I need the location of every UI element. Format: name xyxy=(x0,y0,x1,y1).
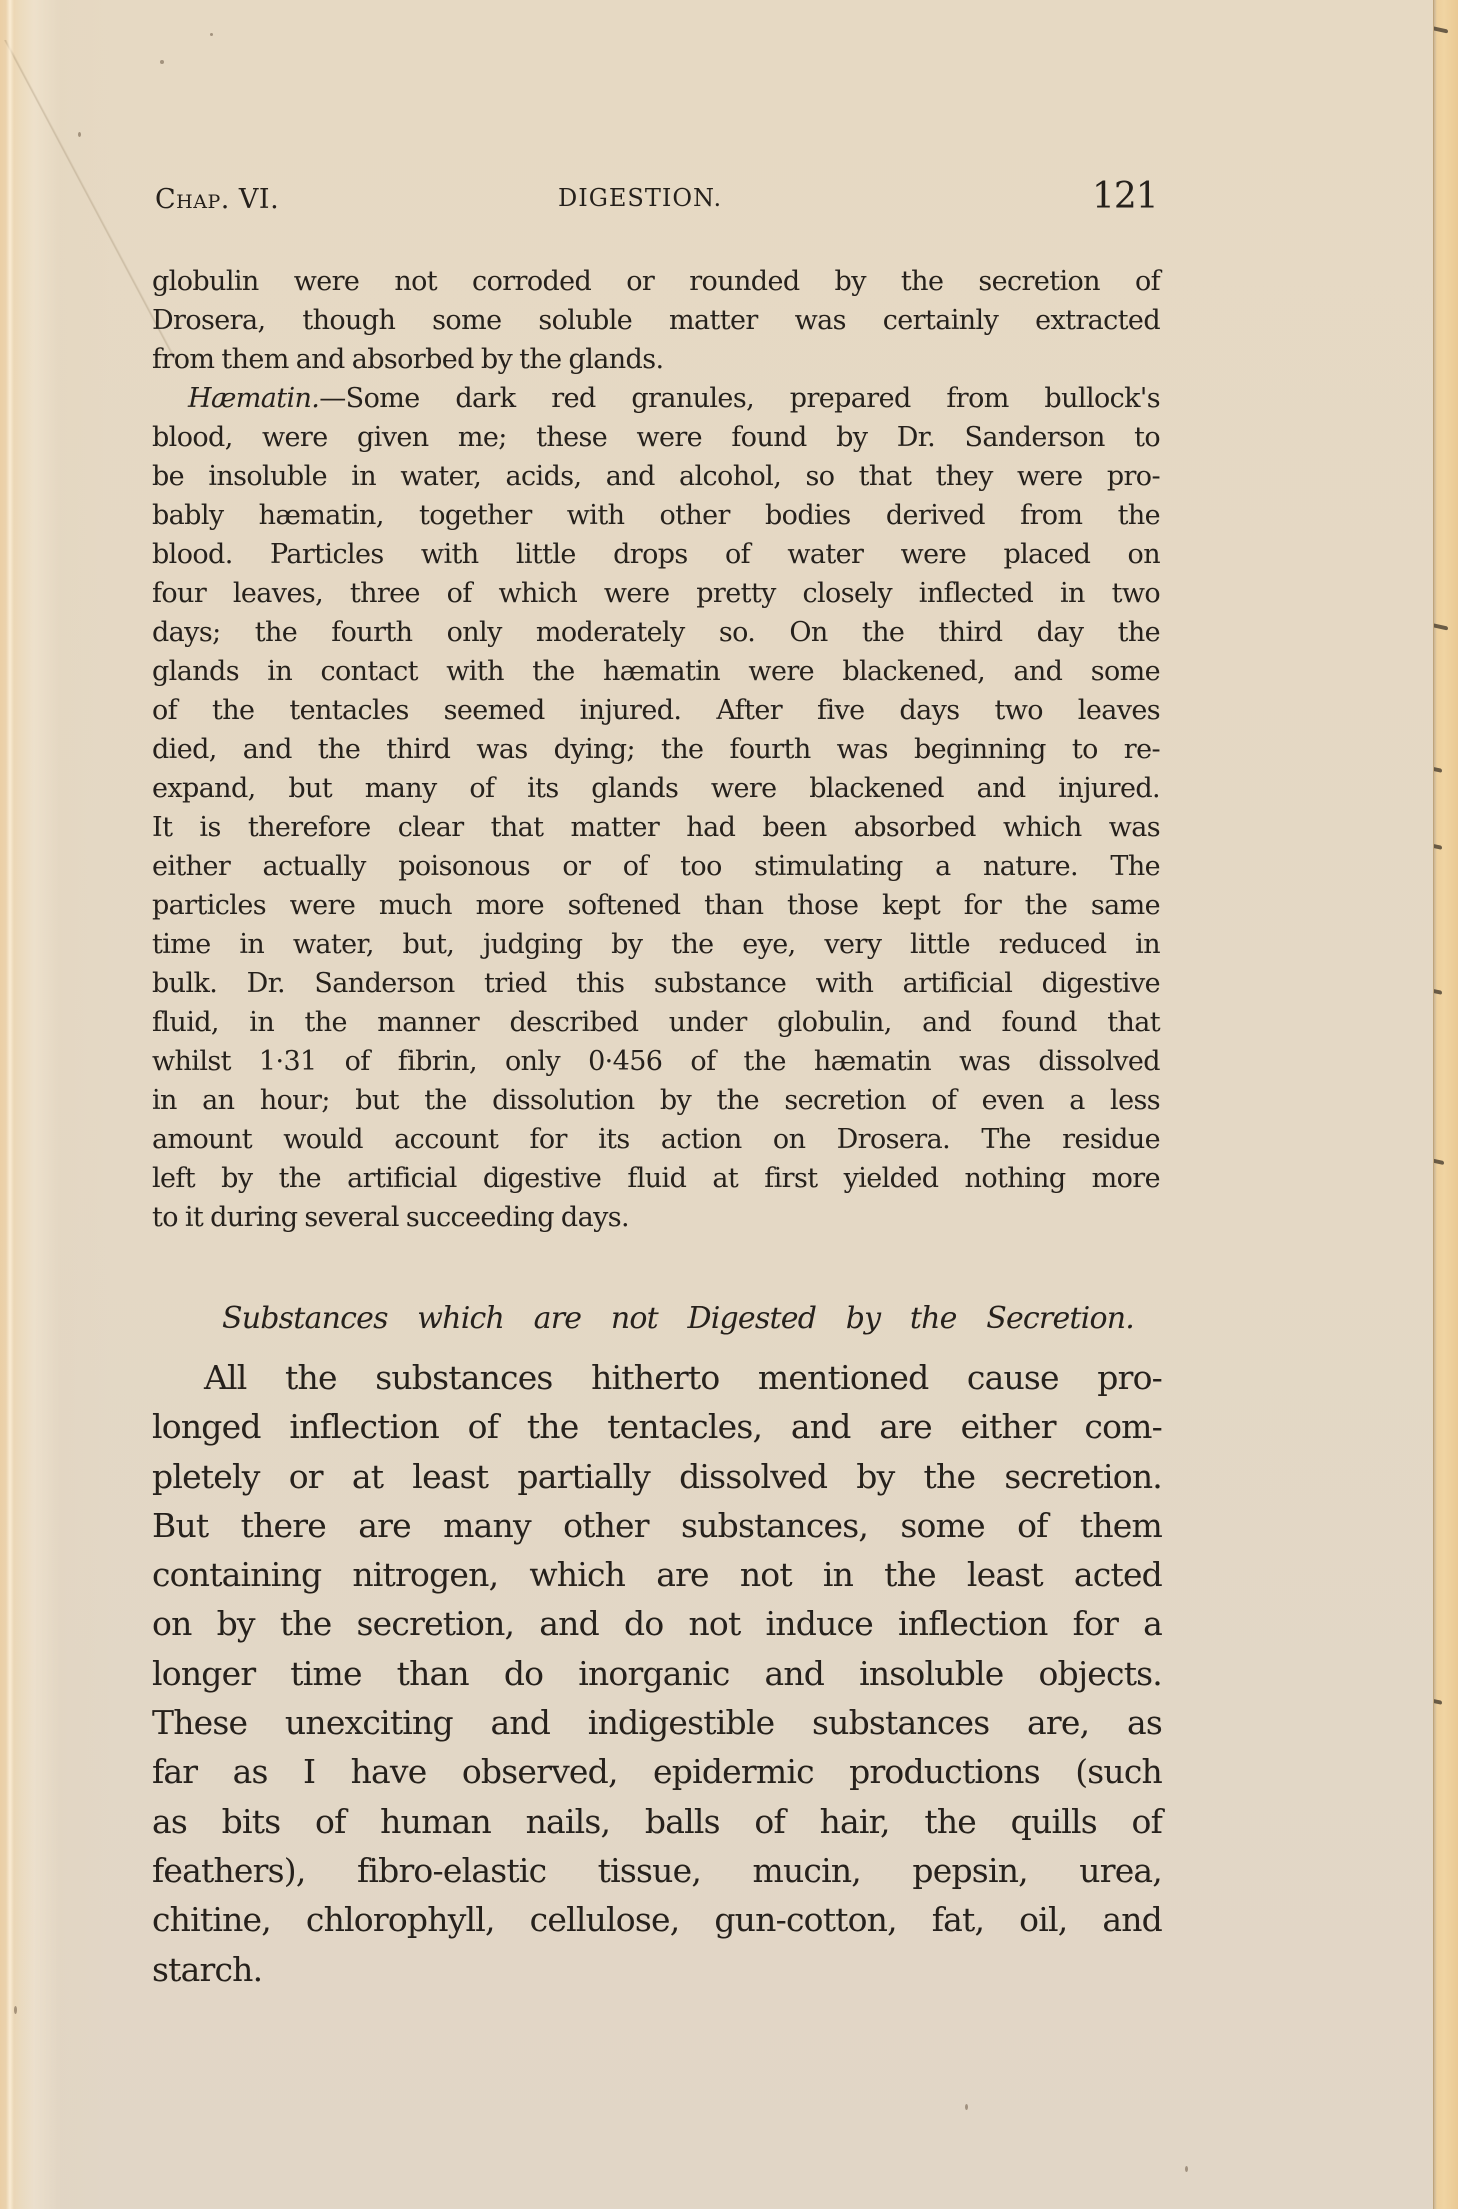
text-line: as bits of human nails, balls of hair, t… xyxy=(152,1797,1162,1846)
text-line: on by the secretion, and do not induce i… xyxy=(152,1599,1162,1648)
text-line: fluid, in the manner described under glo… xyxy=(152,1003,1160,1042)
text-line: either actually poisonous or of too stim… xyxy=(152,847,1160,886)
text-line: longer time than do inorganic and insolu… xyxy=(152,1649,1162,1698)
text-line: These unexciting and indigestible substa… xyxy=(152,1698,1162,1747)
text-line: chitine, chlorophyll, cellulose, gun-cot… xyxy=(152,1895,1162,1944)
text-line: globulin were not corroded or rounded by… xyxy=(152,262,1160,301)
text-line: left by the artificial digestive fluid a… xyxy=(152,1159,1160,1198)
text-line: from them and absorbed by the glands. xyxy=(152,340,1160,379)
text-line: expand, but many of its glands were blac… xyxy=(152,769,1160,808)
section-heading: Substances which are not Digested by the… xyxy=(222,1297,1134,1341)
text-line: blood. Particles with little drops of wa… xyxy=(152,535,1160,574)
body-text: globulin were not corroded or rounded by… xyxy=(152,262,1160,1237)
text-line: time in water, but, judging by the eye, … xyxy=(152,925,1160,964)
text-line: to it during several succeeding days. xyxy=(152,1198,1160,1237)
text-line: blood, were given me; these were found b… xyxy=(152,418,1160,457)
text-line: bulk. Dr. Sanderson tried this substance… xyxy=(152,964,1160,1003)
page-left-edge-highlight xyxy=(6,0,14,2209)
text-line: containing nitrogen, which are not in th… xyxy=(152,1550,1162,1599)
text-line: far as I have observed, epidermic produc… xyxy=(152,1747,1162,1796)
book-page: Chap. VI. DIGESTION. 121 globulin were n… xyxy=(0,0,1458,2209)
text-line: amount would account for its action on D… xyxy=(152,1120,1160,1159)
page-number: 121 xyxy=(1092,176,1158,217)
text-line: died, and the third was dying; the fourt… xyxy=(152,730,1160,769)
chapter-label: Chap. VI. xyxy=(155,184,279,215)
paper-speck xyxy=(14,2006,17,2014)
paper-speck xyxy=(160,60,164,64)
paper-speck xyxy=(965,2104,968,2110)
run-in-heading-haematin: Hæmatin. xyxy=(188,383,319,414)
text-line: It is therefore clear that matter had be… xyxy=(152,808,1160,847)
paper-speck xyxy=(78,132,81,137)
paper-speck xyxy=(1185,2166,1188,2172)
text-line: feathers), fibro-elastic tissue, mucin, … xyxy=(152,1846,1162,1895)
text-line: be insoluble in water, acids, and alcoho… xyxy=(152,457,1160,496)
text-line: pletely or at least partially dissolved … xyxy=(152,1452,1162,1501)
text-line: days; the fourth only moderately so. On … xyxy=(152,613,1160,652)
text-line: glands in contact with the hæmatin were … xyxy=(152,652,1160,691)
text-line: of the tentacles seemed injured. After f… xyxy=(152,691,1160,730)
text-line: particles were much more softened than t… xyxy=(152,886,1160,925)
running-title: DIGESTION. xyxy=(558,184,722,212)
text-line: four leaves, three of which were pretty … xyxy=(152,574,1160,613)
lead-line-rest: —Some dark red granules, prepared from b… xyxy=(319,383,1160,414)
running-head: Chap. VI. DIGESTION. 121 xyxy=(0,176,1458,220)
text-line: whilst 1·31 of fibrin, only 0·456 of the… xyxy=(152,1042,1160,1081)
text-line: bably hæmatin, together with other bodie… xyxy=(152,496,1160,535)
paper-speck xyxy=(210,33,213,36)
paragraph-lead-line: Hæmatin.—Some dark red granules, prepare… xyxy=(152,379,1160,418)
text-line: in an hour; but the dissolution by the s… xyxy=(152,1081,1160,1120)
text-line: longed inflection of the tentacles, and … xyxy=(152,1402,1162,1451)
text-line: All the substances hitherto mentioned ca… xyxy=(152,1353,1162,1402)
large-text-paragraph: All the substances hitherto mentioned ca… xyxy=(152,1353,1162,1994)
text-line: But there are many other substances, som… xyxy=(152,1501,1162,1550)
text-line: Drosera, though some soluble matter was … xyxy=(152,301,1160,340)
text-line: starch. xyxy=(152,1945,1162,1994)
page-right-edge xyxy=(1433,0,1458,2209)
